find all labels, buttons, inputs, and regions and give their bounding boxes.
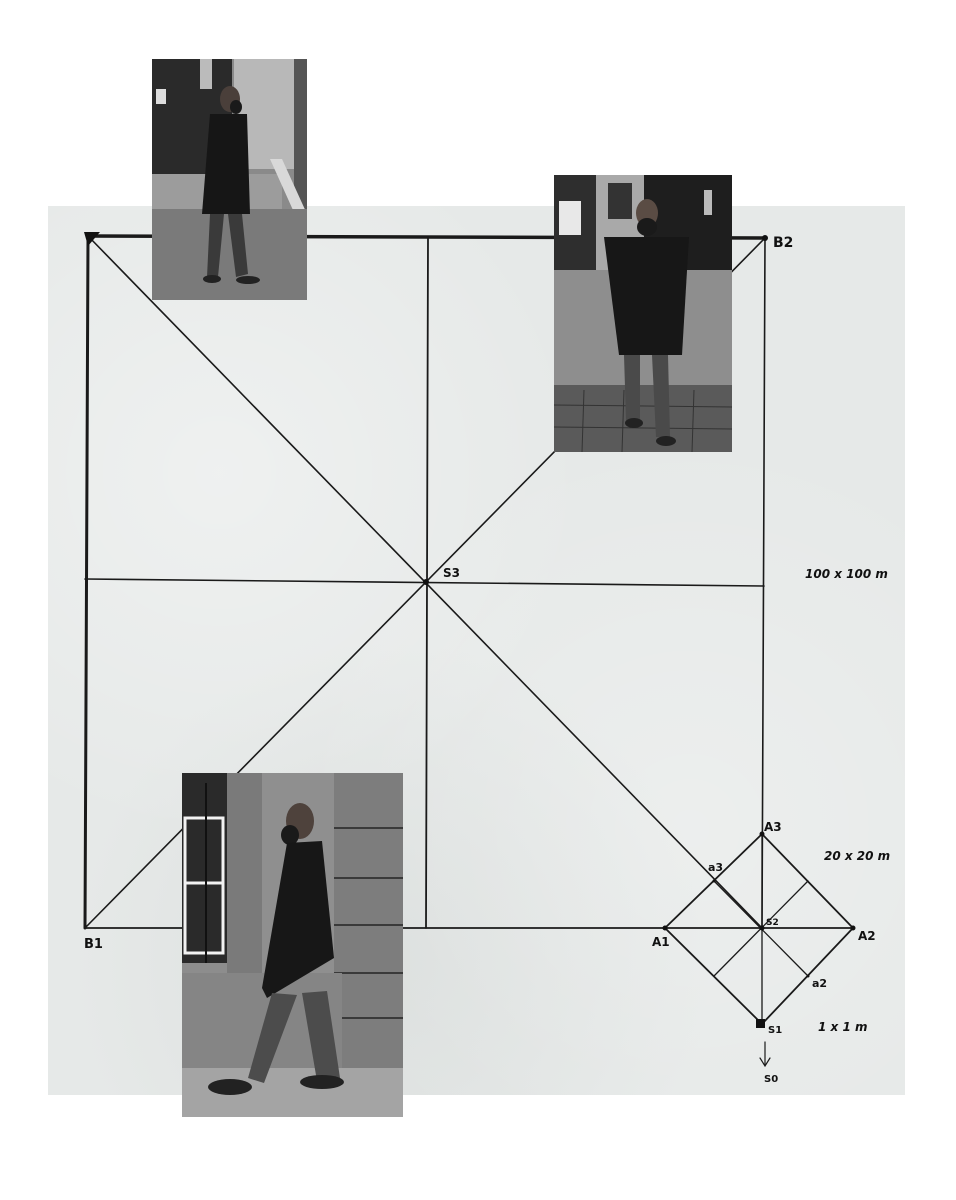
label-a1: A1 <box>652 935 670 949</box>
photo-man-walking-profile <box>182 773 403 1117</box>
photo-man-standing-front <box>554 175 732 452</box>
label-1x1: 1 x 1 m <box>818 1020 867 1034</box>
label-100x100: 100 x 100 m <box>805 567 888 581</box>
site-plan-diagram: B2 B1 S3 S2 S1 S0 A1 A2 A3 a2 a3 100 x 1… <box>0 0 956 1200</box>
label-20x20: 20 x 20 m <box>824 849 890 863</box>
label-s3: S3 <box>443 566 460 580</box>
label-s0: S0 <box>764 1074 778 1085</box>
label-s1: S1 <box>768 1025 782 1036</box>
label-a2: A2 <box>858 929 876 943</box>
label-a3-lower: a3 <box>708 861 723 874</box>
label-a3: A3 <box>764 820 782 834</box>
label-b1: B1 <box>84 937 103 952</box>
label-s2: S2 <box>766 918 779 928</box>
photo-man-walking-by-shop <box>152 59 307 300</box>
left-edge <box>85 236 88 928</box>
label-a2-lower: a2 <box>812 977 827 990</box>
label-b2: B2 <box>773 235 793 251</box>
